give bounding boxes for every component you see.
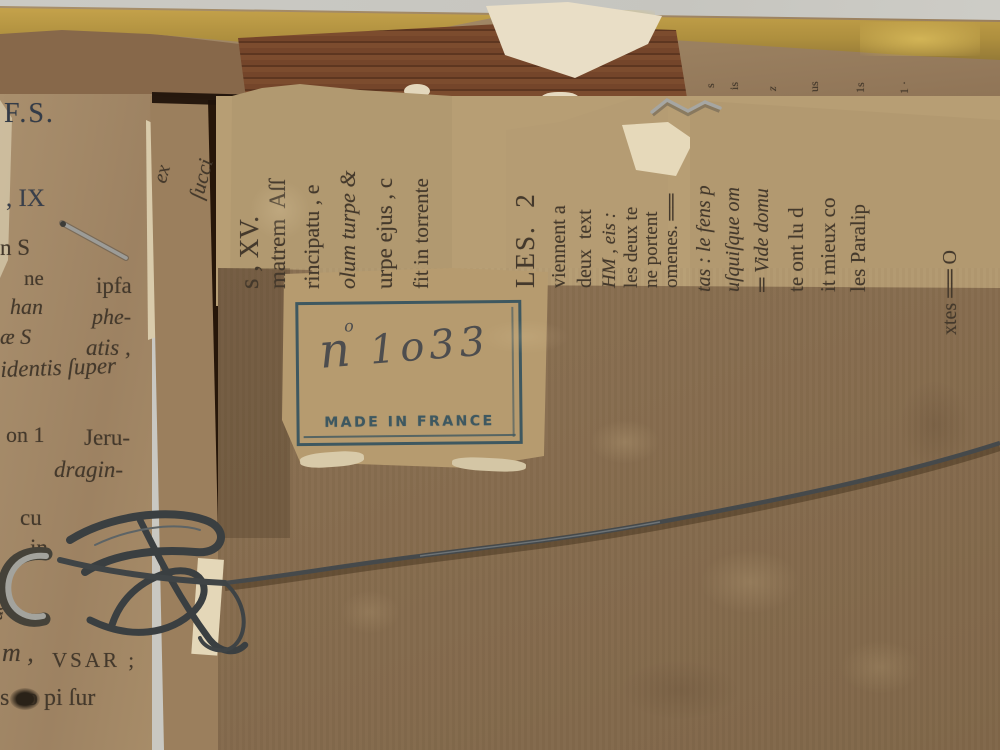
nail-left-icon (62, 223, 126, 258)
metal-ring-icon (8, 556, 46, 617)
frame-back-photo: no1o33 MADE IN FRANCE s , XV.matrem Aſſr… (0, 0, 1000, 750)
hanging-wire (225, 443, 1000, 583)
nail-head (60, 221, 66, 227)
metal-hardware-layer (0, 0, 1000, 750)
